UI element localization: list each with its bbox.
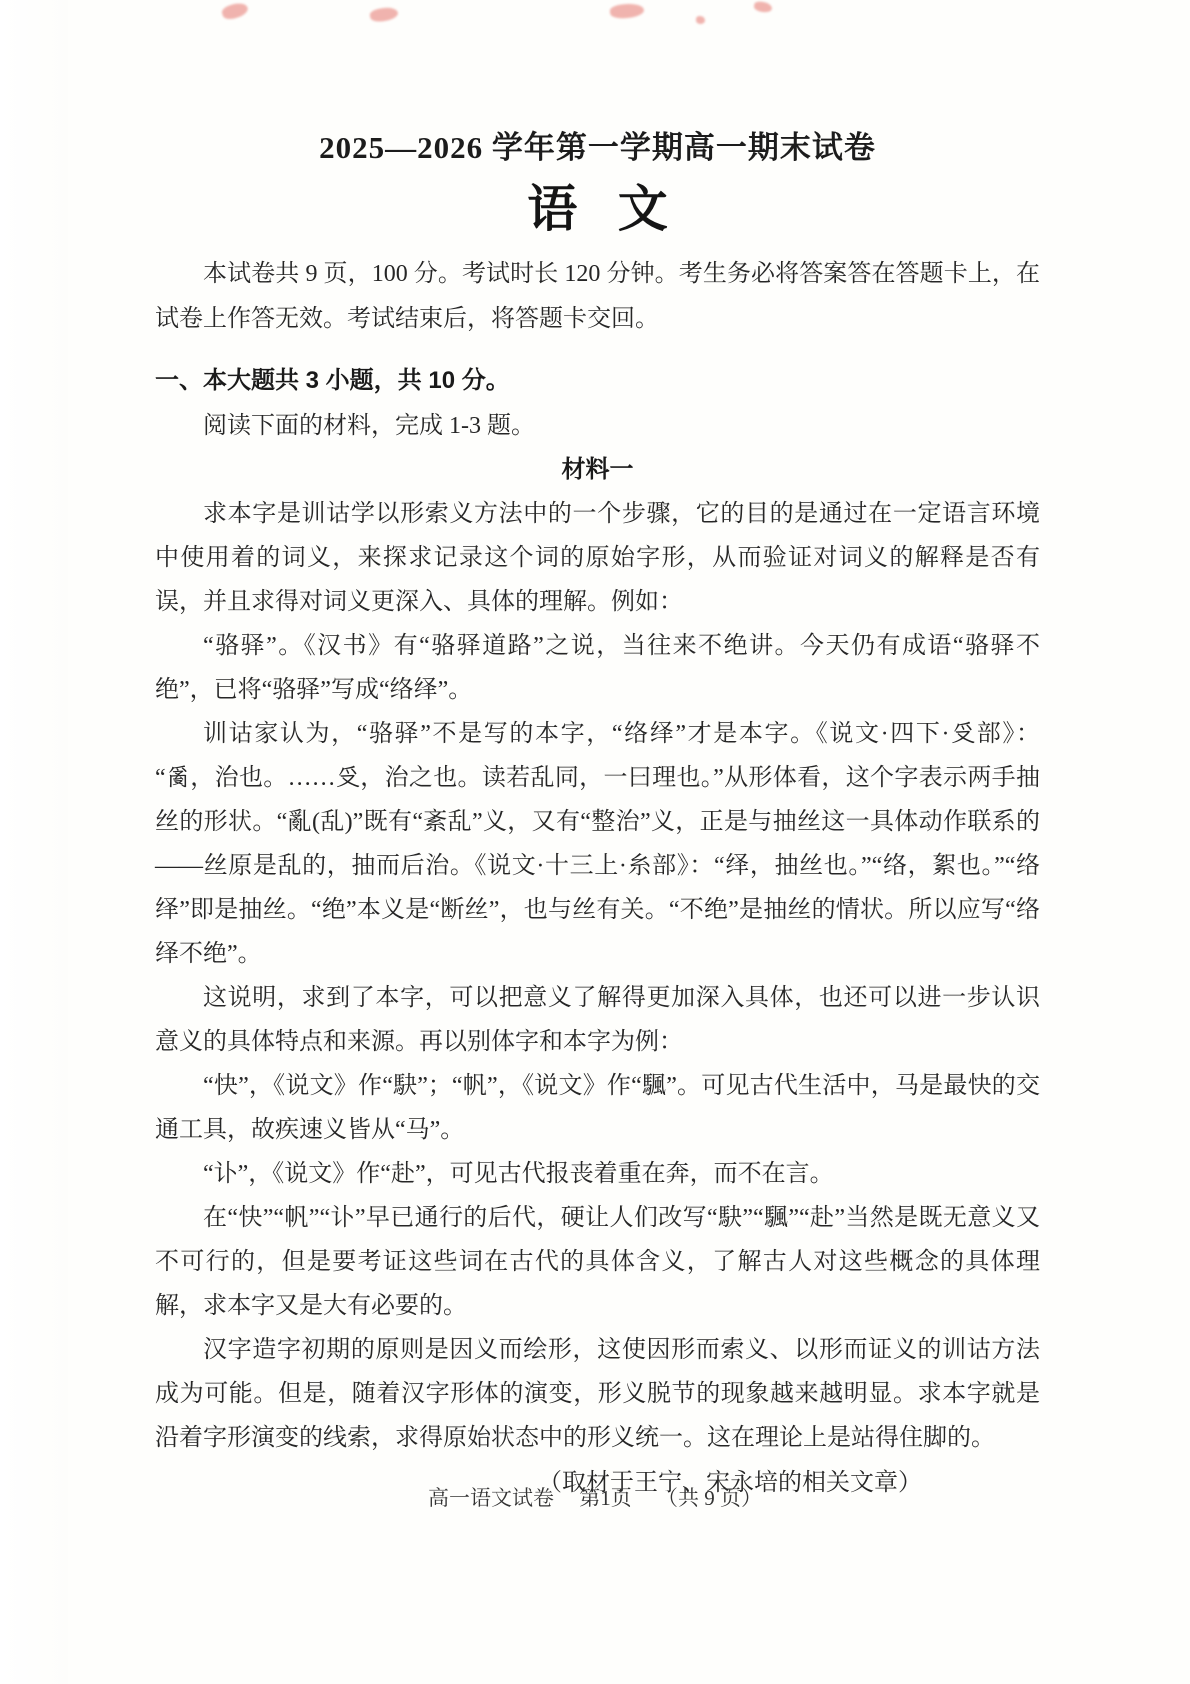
material-paragraph: 汉字造字初期的原则是因义而绘形，这使因形而索义、以形而证义的训诂方法成为可能。但… [155,1328,1040,1460]
material-paragraph: 训诂家认为，“骆驿”不是写的本字，“络绎”才是本字。《说文·四下·𠬪部》：“𤔔，… [155,712,1040,976]
material-paragraph: “快”，《说文》作“駃”；“帆”，《说文》作“颿”。可见古代生活中，马是最快的交… [155,1064,1040,1152]
footer-page-number: 第1页 [579,1486,632,1510]
footer-page-total: （共 9 页） [657,1486,762,1510]
material-paragraph: “骆驿”。《汉书》有“骆驿道路”之说，当往来不绝讲。今天仍有成语“骆驿不绝”，已… [155,624,1040,712]
faint-red-scan-mark [609,2,644,19]
faint-red-scan-mark [696,16,705,24]
faint-red-scan-mark [220,0,249,21]
exam-subject-title: 语 文 [155,178,1040,240]
page-footer: 高一语文试卷 第1页 （共 9 页） [0,1482,1190,1512]
footer-paper-label: 高一语文试卷 [428,1486,554,1510]
exam-instructions: 本试卷共 9 页，100 分。考试时长 120 分钟。考生务必将答案答在答题卡上… [155,252,1040,342]
material-paragraph: 这说明，求到了本字，可以把意义了解得更加深入具体，也还可以进一步认识意义的具体特… [155,976,1040,1064]
material-paragraph: 求本字是训诂学以形索义方法中的一个步骤，它的目的是通过在一定语言环境中使用着的词… [155,492,1040,624]
section-one-intro: 阅读下面的材料，完成 1-3 题。 [155,404,1040,448]
scan-edge-shade [0,0,68,1684]
section-one-heading: 一、本大题共 3 小题，共 10 分。 [155,358,1040,404]
material-paragraph: “讣”，《说文》作“赴”，可见古代报丧着重在奔，而不在言。 [155,1152,1040,1196]
material-paragraph: 在“快”“帆”“讣”早已通行的后代，硬让人们改写“駃”“颿”“赴”当然是既无意义… [155,1196,1040,1328]
faint-red-scan-mark [753,1,772,13]
material-one-title: 材料一 [155,448,1040,492]
exam-session-title: 2025—2026 学年第一学期高一期末试卷 [155,128,1040,168]
faint-red-scan-mark [369,6,399,24]
exam-page: 2025—2026 学年第一学期高一期末试卷 语 文 本试卷共 9 页，100 … [0,0,1190,1684]
